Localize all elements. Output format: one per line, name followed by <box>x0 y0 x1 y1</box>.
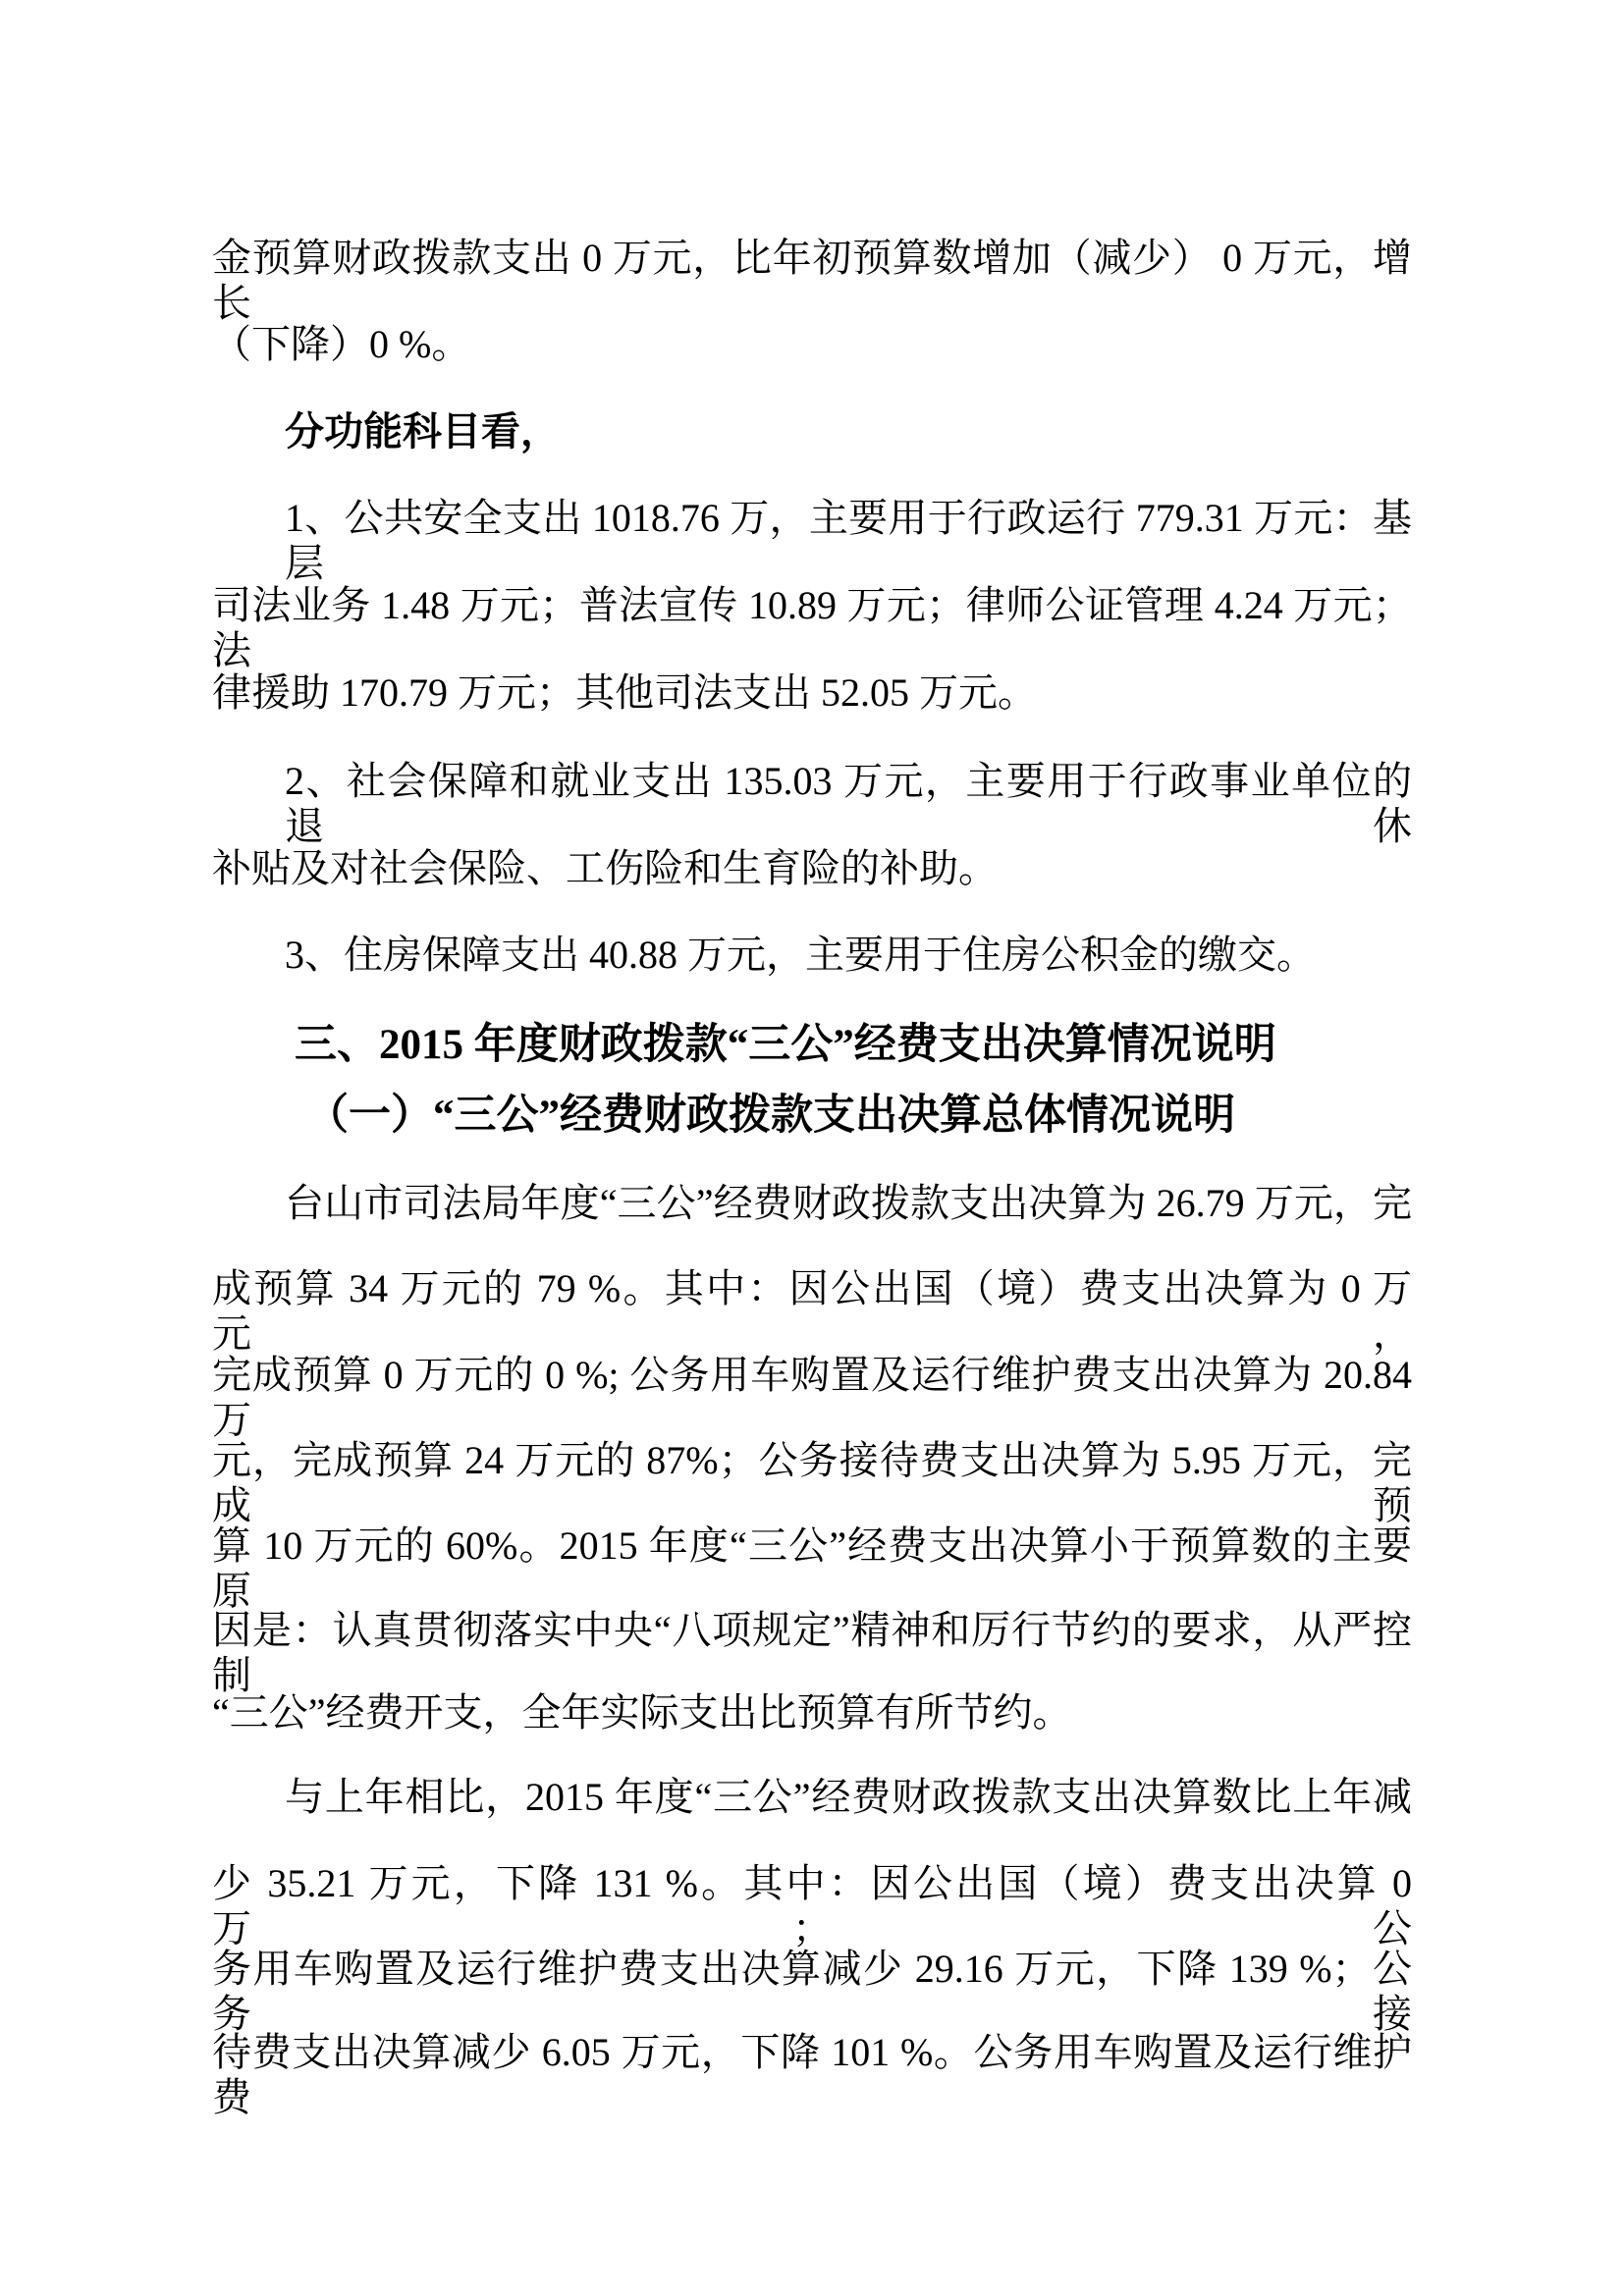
three-public-overview-line-2: 成预算 34 万元的 79 %。其中：因公出国（境）费支出决算为 0 万元， <box>212 1266 1412 1357</box>
year-comparison-line-2: 少 35.21 万元，下降 131 %。其中：因公出国（境）费支出决算 0 万；… <box>212 1861 1412 1951</box>
document-page: 金预算财政拨款支出 0 万元，比年初预算数增加（减少） 0 万元，增长 （下降）… <box>0 0 1624 2296</box>
three-public-overview-line-1: 台山市司法局年度“三公”经费财政拨款支出决算为 26.79 万元，完 <box>212 1181 1412 1226</box>
three-public-overview-line-4: 元，完成预算 24 万元的 87%；公务接待费支出决算为 5.95 万元，完成预 <box>212 1438 1412 1528</box>
item-1-public-safety-line-3: 律援助 170.79 万元；其他司法支出 52.05 万元。 <box>212 670 1412 716</box>
section-3-heading: 三、2015 年度财政拨款“三公”经费支出决算情况说明 <box>295 1021 1276 1069</box>
functional-subjects-lead-line: 分功能科目看， <box>212 409 1412 454</box>
year-comparison-line-4: 待费支出决算减少 6.05 万元，下降 101 %。公务用车购置及运行维护费 <box>212 2030 1412 2120</box>
item-1-public-safety-line-1: 1、公共安全支出 1018.76 万，主要用于行政运行 779.31 万元：基层 <box>212 496 1412 586</box>
three-public-overview-line-6: 因是：认真贯彻落实中央“八项规定”精神和厉行节约的要求，从严控制 <box>212 1608 1412 1698</box>
three-public-overview-line-7: “三公”经费开支，全年实际支出比预算有所节约。 <box>212 1690 1412 1735</box>
item-1-public-safety-line-2: 司法业务 1.48 万元；普法宣传 10.89 万元；律师公证管理 4.24 万… <box>212 583 1412 673</box>
body-line-continuation: 金预算财政拨款支出 0 万元，比年初预算数增加（减少） 0 万元，增长 <box>212 236 1412 326</box>
body-line-paragraph-end: （下降）0 %。 <box>212 322 1412 367</box>
item-2-social-security-line-2: 补贴及对社会保险、工伤险和生育险的补助。 <box>212 846 1412 891</box>
year-comparison-line-1: 与上年相比，2015 年度“三公”经费财政拨款支出决算数比上年减 <box>212 1775 1412 1820</box>
item-3-housing-line: 3、住房保障支出 40.88 万元，主要用于住房公积金的缴交。 <box>212 933 1412 978</box>
subsection-3-1-heading: （一）“三公”经费财政拨款支出决算总体情况说明 <box>306 1092 1235 1140</box>
year-comparison-line-3: 务用车购置及运行维护费支出决算减少 29.16 万元，下降 139 %；公务接 <box>212 1947 1412 2037</box>
three-public-overview-line-3: 完成预算 0 万元的 0 %; 公务用车购置及运行维护费支出决算为 20.84 … <box>212 1353 1412 1443</box>
three-public-overview-line-5: 算 10 万元的 60%。2015 年度“三公”经费支出决算小于预算数的主要原 <box>212 1523 1412 1614</box>
item-2-social-security-line-1: 2、社会保障和就业支出 135.03 万元，主要用于行政事业单位的退休 <box>212 759 1412 849</box>
